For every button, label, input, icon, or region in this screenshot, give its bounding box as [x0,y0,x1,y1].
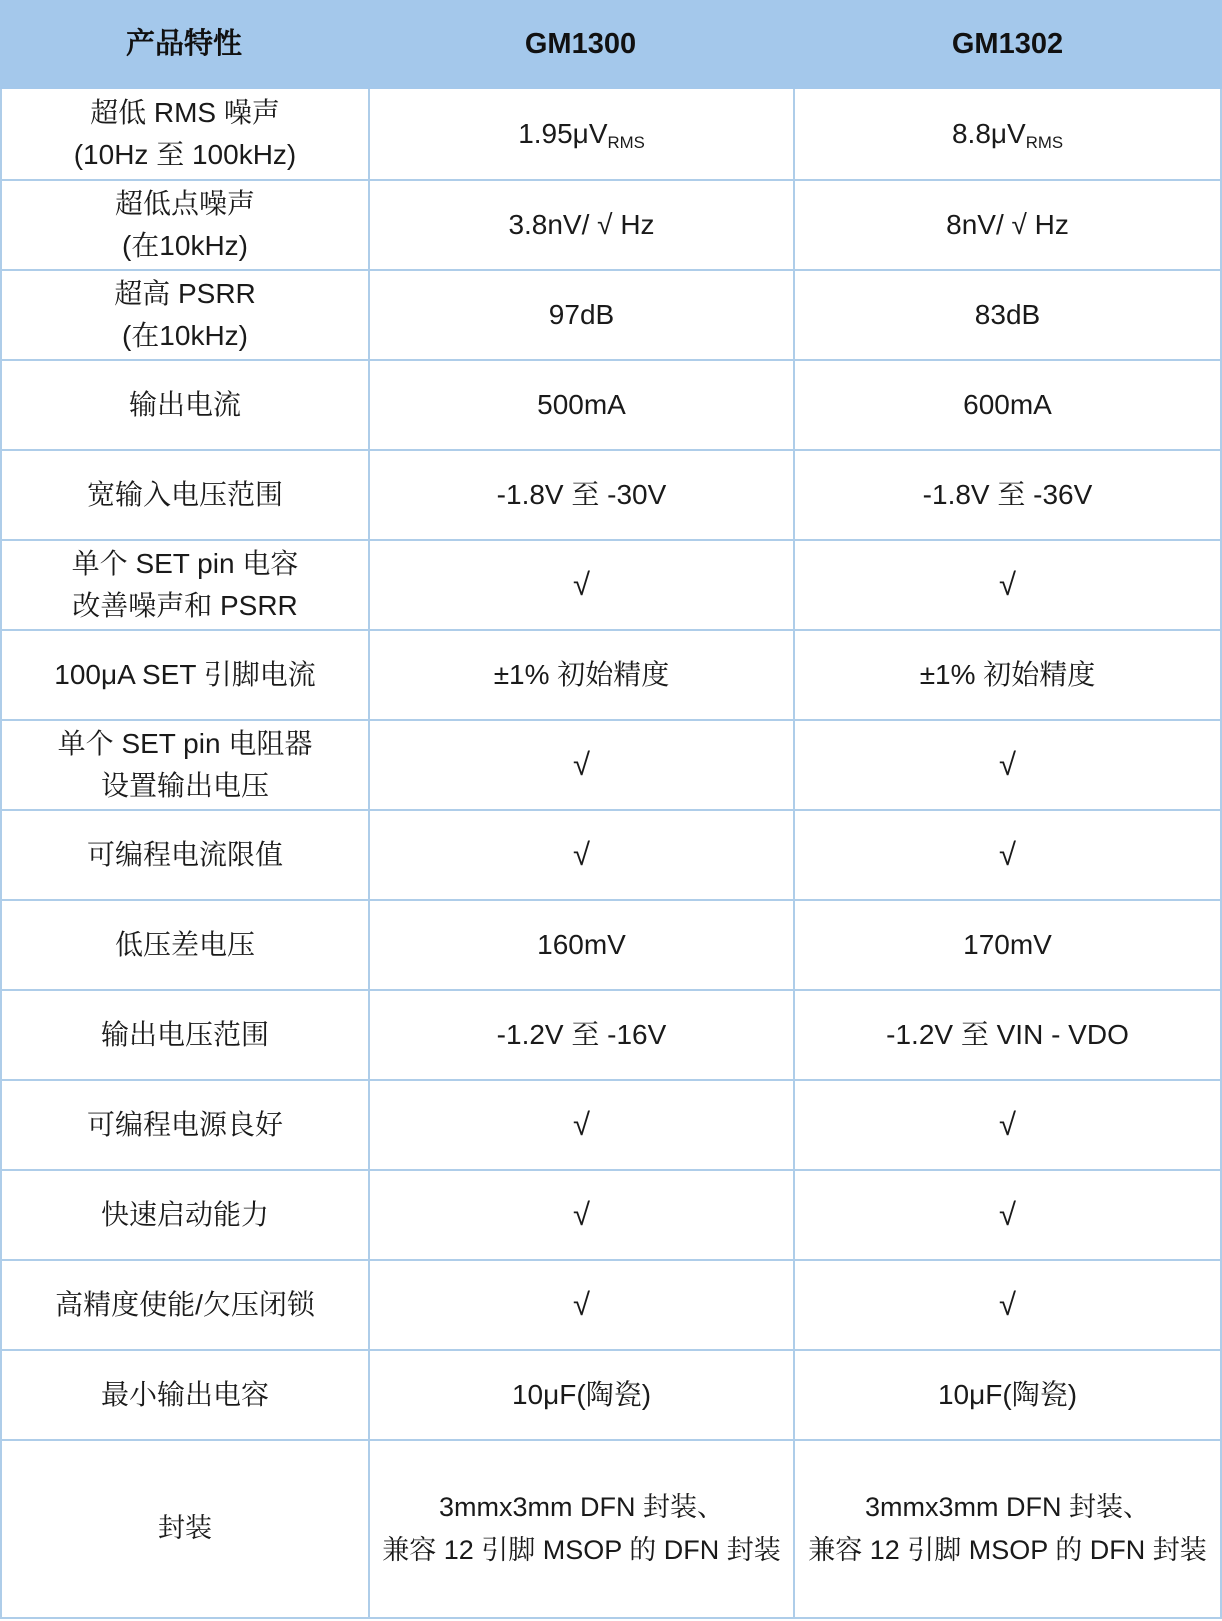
gm1300-value-text: √ [573,1197,590,1232]
table-row: 封装3mmx3mm DFN 封装、兼容 12 引脚 MSOP 的 DFN 封装3… [2,1439,1220,1617]
feature-cell: 低压差电压 [2,901,368,989]
feature-cell: 单个 SET pin 电阻器设置输出电压 [2,721,368,809]
product-comparison-table: 产品特性 GM1300 GM1302 超低 RMS 噪声(10Hz 至 100k… [0,0,1222,1619]
gm1302-value-cell: √ [793,1261,1220,1349]
gm1302-value-cell: 600mA [793,361,1220,449]
table-row: 超低点噪声(在10kHz)3.8nV/ √ Hz8nV/ √ Hz [2,179,1220,269]
gm1300-value: 500mA [537,384,626,426]
gm1300-value-text: √ [573,1107,590,1142]
feature-label: 单个 SET pin 电容 [72,543,299,585]
gm1302-value: 兼容 12 引脚 MSOP 的 DFN 封装 [808,1529,1207,1572]
gm1300-value-text: √ [573,1287,590,1322]
check-mark: √ [999,1285,1016,1325]
gm1300-value: 3mmx3mm DFN 封装、 [439,1486,724,1529]
gm1302-value-text: 兼容 12 引脚 MSOP 的 DFN 封装 [808,1535,1207,1565]
feature-label: 输出电流 [129,384,241,426]
gm1300-value-text: 500mA [537,389,626,420]
feature-label: 宽输入电压范围 [87,474,283,516]
feature-cell: 输出电压范围 [2,991,368,1079]
gm1302-value-cell: -1.8V 至 -36V [793,451,1220,539]
gm1302-value-text: 8nV/ √ Hz [946,209,1069,240]
gm1302-value-text: 83dB [975,299,1040,330]
table-row: 可编程电源良好√√ [2,1079,1220,1169]
table-header-row: 产品特性 GM1300 GM1302 [0,0,1222,89]
gm1302-value: 8nV/ √ Hz [946,204,1069,246]
gm1300-value-cell: √ [368,1171,793,1259]
feature-label: 快速启动能力 [101,1194,269,1236]
gm1302-value-cell: 3mmx3mm DFN 封装、兼容 12 引脚 MSOP 的 DFN 封装 [793,1441,1220,1617]
gm1302-value: 170mV [963,924,1052,966]
gm1302-value-cell: √ [793,1171,1220,1259]
feature-label: 可编程电流限值 [87,834,283,876]
gm1302-value-subscript: RMS [1026,133,1063,152]
gm1302-value-text: ±1% 初始精度 [920,659,1096,690]
table-row: 低压差电压160mV170mV [2,899,1220,989]
feature-cell: 封装 [2,1441,368,1617]
gm1300-value-text: √ [573,567,590,602]
gm1300-value-cell: √ [368,811,793,899]
feature-label: 超低点噪声 [115,183,255,225]
header-cell-gm1302: GM1302 [793,0,1222,89]
feature-label: 最小输出电容 [101,1374,269,1416]
table-row: 高精度使能/欠压闭锁√√ [2,1259,1220,1349]
gm1302-value-text: √ [999,747,1016,782]
feature-cell: 最小输出电容 [2,1351,368,1439]
gm1302-value: ±1% 初始精度 [920,654,1096,696]
gm1302-value: 8.8μVRMS [952,113,1063,155]
table-row: 超高 PSRR(在10kHz)97dB83dB [2,269,1220,359]
gm1302-value-text: 600mA [963,389,1052,420]
gm1300-value: 1.95μVRMS [518,113,645,155]
feature-label: (在10kHz) [122,315,248,357]
table-row: 100μA SET 引脚电流±1% 初始精度±1% 初始精度 [2,629,1220,719]
gm1300-value-cell: √ [368,1081,793,1169]
gm1302-value-cell: √ [793,541,1220,629]
gm1302-value-text: -1.8V 至 -36V [923,479,1093,510]
table-row: 宽输入电压范围-1.8V 至 -30V-1.8V 至 -36V [2,449,1220,539]
gm1300-value-cell: 3.8nV/ √ Hz [368,181,793,269]
gm1302-value: 10μF(陶瓷) [938,1374,1077,1416]
gm1300-value-cell: 160mV [368,901,793,989]
feature-label: 高精度使能/欠压闭锁 [55,1284,315,1326]
table-row: 单个 SET pin 电阻器设置输出电压√√ [2,719,1220,809]
gm1302-value: 600mA [963,384,1052,426]
check-mark: √ [573,1195,590,1235]
gm1300-value-text: 1.95μV [518,118,607,149]
feature-label: 改善噪声和 PSRR [72,585,298,627]
check-mark: √ [573,835,590,875]
gm1302-value-text: -1.2V 至 VIN - VDO [886,1019,1129,1050]
gm1302-value-cell: √ [793,721,1220,809]
feature-label: 输出电压范围 [101,1014,269,1056]
table-row: 单个 SET pin 电容改善噪声和 PSRR√√ [2,539,1220,629]
header-cell-gm1300: GM1300 [368,0,793,89]
feature-label: 可编程电源良好 [87,1104,283,1146]
gm1302-value-text: 170mV [963,929,1052,960]
table-row: 超低 RMS 噪声(10Hz 至 100kHz)1.95μVRMS8.8μVRM… [2,89,1220,179]
gm1300-value: -1.8V 至 -30V [497,474,667,516]
gm1302-value-text: √ [999,1287,1016,1322]
check-mark: √ [573,1285,590,1325]
feature-cell: 高精度使能/欠压闭锁 [2,1261,368,1349]
gm1302-value-text: √ [999,567,1016,602]
gm1302-value-text: √ [999,1107,1016,1142]
feature-label: 设置输出电压 [101,765,269,807]
gm1300-value: 兼容 12 引脚 MSOP 的 DFN 封装 [382,1529,781,1572]
check-mark: √ [999,835,1016,875]
check-mark: √ [999,1195,1016,1235]
gm1300-value-cell: 3mmx3mm DFN 封装、兼容 12 引脚 MSOP 的 DFN 封装 [368,1441,793,1617]
check-mark: √ [573,565,590,605]
gm1300-value-text: 兼容 12 引脚 MSOP 的 DFN 封装 [382,1535,781,1565]
gm1302-value-cell: -1.2V 至 VIN - VDO [793,991,1220,1079]
feature-cell: 超高 PSRR(在10kHz) [2,271,368,359]
feature-label: 超低 RMS 噪声 [90,92,280,134]
gm1302-value: -1.8V 至 -36V [923,474,1093,516]
gm1302-value-cell: 170mV [793,901,1220,989]
gm1300-value: ±1% 初始精度 [494,654,670,696]
gm1300-value-subscript: RMS [608,133,645,152]
feature-cell: 单个 SET pin 电容改善噪声和 PSRR [2,541,368,629]
gm1302-value-cell: 10μF(陶瓷) [793,1351,1220,1439]
gm1302-value: -1.2V 至 VIN - VDO [886,1014,1129,1056]
gm1300-value-text: -1.8V 至 -30V [497,479,667,510]
gm1300-value: 97dB [549,294,614,336]
check-mark: √ [999,1105,1016,1145]
gm1300-value-text: -1.2V 至 -16V [497,1019,667,1050]
feature-label: (在10kHz) [122,225,248,267]
gm1300-value: 160mV [537,924,626,966]
gm1300-value-cell: -1.8V 至 -30V [368,451,793,539]
gm1302-value-text: 8.8μV [952,118,1026,149]
gm1300-value-text: 3mmx3mm DFN 封装、 [439,1492,724,1522]
table-row: 快速启动能力√√ [2,1169,1220,1259]
gm1300-value: -1.2V 至 -16V [497,1014,667,1056]
gm1300-value-cell: 97dB [368,271,793,359]
gm1300-value-text: 160mV [537,929,626,960]
feature-cell: 可编程电流限值 [2,811,368,899]
feature-label: 单个 SET pin 电阻器 [58,723,313,765]
gm1300-value-cell: √ [368,541,793,629]
feature-cell: 宽输入电压范围 [2,451,368,539]
gm1302-value: 83dB [975,294,1040,336]
feature-cell: 输出电流 [2,361,368,449]
gm1300-value-text: ±1% 初始精度 [494,659,670,690]
check-mark: √ [999,565,1016,605]
feature-cell: 100μA SET 引脚电流 [2,631,368,719]
table-body: 超低 RMS 噪声(10Hz 至 100kHz)1.95μVRMS8.8μVRM… [0,89,1222,1619]
check-mark: √ [573,1105,590,1145]
feature-cell: 超低点噪声(在10kHz) [2,181,368,269]
gm1302-value-cell: √ [793,811,1220,899]
gm1300-value-cell: 1.95μVRMS [368,89,793,179]
gm1300-value-cell: √ [368,1261,793,1349]
gm1300-value: 3.8nV/ √ Hz [508,204,654,246]
gm1300-value-cell: √ [368,721,793,809]
gm1300-value-text: 3.8nV/ √ Hz [508,209,654,240]
gm1302-value-text: √ [999,1197,1016,1232]
gm1302-value-text: √ [999,837,1016,872]
table-row: 输出电流500mA600mA [2,359,1220,449]
check-mark: √ [999,745,1016,785]
gm1302-value-cell: √ [793,1081,1220,1169]
feature-cell: 超低 RMS 噪声(10Hz 至 100kHz) [2,89,368,179]
gm1300-value: 10μF(陶瓷) [512,1374,651,1416]
table-row: 可编程电流限值√√ [2,809,1220,899]
gm1300-value-text: √ [573,837,590,872]
feature-label: 封装 [158,1507,212,1550]
check-mark: √ [573,745,590,785]
feature-cell: 快速启动能力 [2,1171,368,1259]
gm1300-value-text: 97dB [549,299,614,330]
gm1302-value-cell: 8.8μVRMS [793,89,1220,179]
table-row: 最小输出电容10μF(陶瓷)10μF(陶瓷) [2,1349,1220,1439]
gm1302-value-text: 3mmx3mm DFN 封装、 [865,1492,1150,1522]
gm1300-value-text: √ [573,747,590,782]
header-cell-feature: 产品特性 [0,0,368,89]
gm1302-value-cell: ±1% 初始精度 [793,631,1220,719]
gm1300-value-text: 10μF(陶瓷) [512,1379,651,1410]
gm1302-value-cell: 83dB [793,271,1220,359]
gm1300-value-cell: ±1% 初始精度 [368,631,793,719]
feature-label: 低压差电压 [115,924,255,966]
gm1300-value-cell: -1.2V 至 -16V [368,991,793,1079]
table-row: 输出电压范围-1.2V 至 -16V-1.2V 至 VIN - VDO [2,989,1220,1079]
gm1300-value-cell: 10μF(陶瓷) [368,1351,793,1439]
feature-label: 超高 PSRR [114,273,256,315]
gm1302-value-cell: 8nV/ √ Hz [793,181,1220,269]
feature-label: (10Hz 至 100kHz) [74,134,297,176]
feature-label: 100μA SET 引脚电流 [54,654,316,696]
gm1300-value-cell: 500mA [368,361,793,449]
feature-cell: 可编程电源良好 [2,1081,368,1169]
gm1302-value-text: 10μF(陶瓷) [938,1379,1077,1410]
gm1302-value: 3mmx3mm DFN 封装、 [865,1486,1150,1529]
